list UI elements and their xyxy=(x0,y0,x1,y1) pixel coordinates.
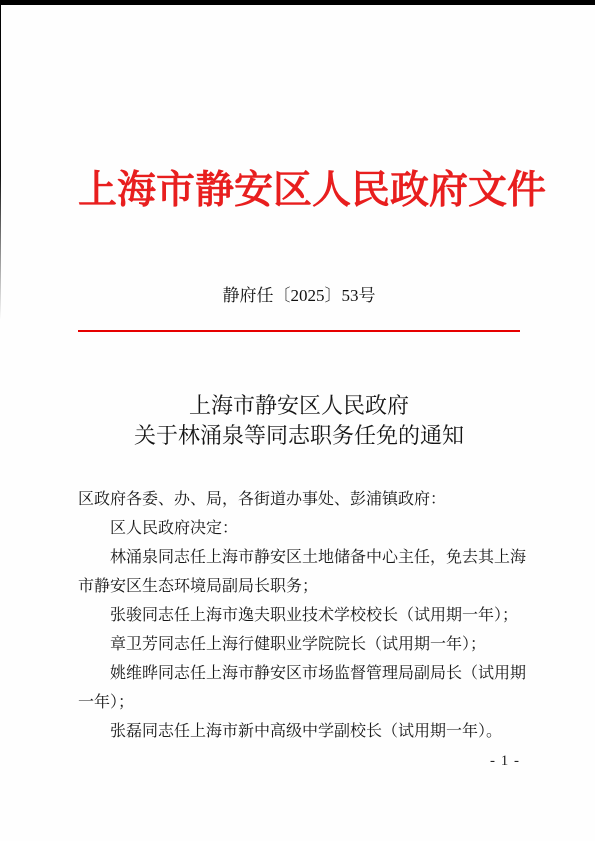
body-line-appointment: 张磊同志任上海市新中高级中学副校长（试用期一年）。 xyxy=(78,717,520,746)
notice-title: 上海市静安区人民政府 关于林涌泉等同志职务任免的通知 xyxy=(78,391,520,451)
body-line-appointment: 林涌泉同志任上海市静安区土地储备中心主任，免去其上海 xyxy=(78,543,520,572)
document-page: 上海市静安区人民政府文件 静府任〔2025〕53号 上海市静安区人民政府 关于林… xyxy=(0,0,595,841)
body-line-appointment: 章卫芳同志任上海行健职业学院院长（试用期一年）； xyxy=(78,630,520,659)
notice-title-line1: 上海市静安区人民政府 xyxy=(78,391,520,421)
body-line-appointment: 姚维晔同志任上海市静安区市场监督管理局副局长（试用期 xyxy=(78,659,520,688)
document-header-title: 上海市静安区人民政府文件 xyxy=(78,168,520,213)
body-line-appointment: 市静安区生态环境局副局长职务； xyxy=(78,572,520,601)
document-body: 区政府各委、办、局，各街道办事处、彭浦镇政府： 区人民政府决定： 林涌泉同志任上… xyxy=(78,485,520,746)
page-number: - 1 - xyxy=(490,753,520,770)
body-line-appointment: 张骏同志任上海市逸夫职业技术学校校长（试用期一年）； xyxy=(78,601,520,630)
body-line-decision: 区人民政府决定： xyxy=(78,514,520,543)
red-divider-line xyxy=(78,330,520,332)
notice-title-line2: 关于林涌泉等同志职务任免的通知 xyxy=(78,421,520,451)
document-number: 静府任〔2025〕53号 xyxy=(78,285,520,307)
body-line-appointment: 一年）； xyxy=(78,688,520,717)
body-line-recipients: 区政府各委、办、局，各街道办事处、彭浦镇政府： xyxy=(78,485,520,514)
